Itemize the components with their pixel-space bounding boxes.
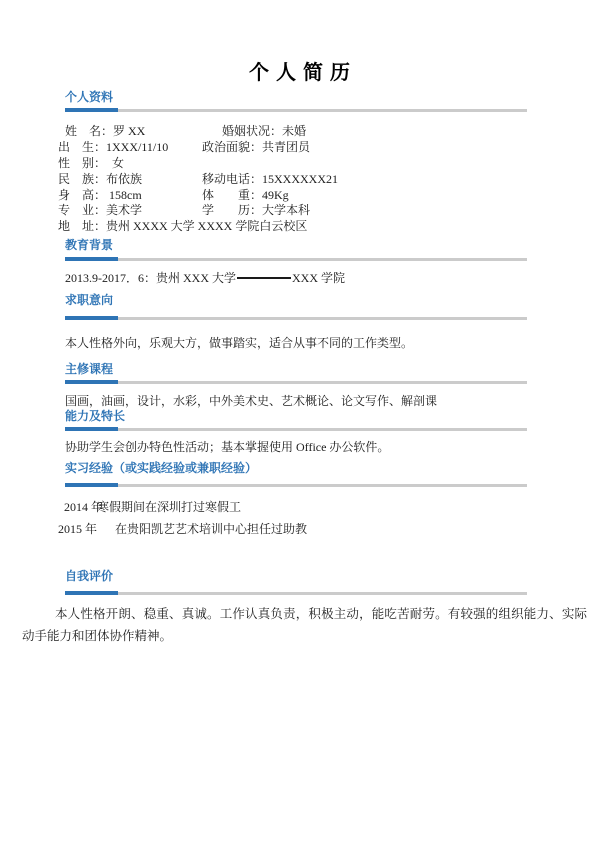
- section-heading-courses: 主修课程: [65, 360, 113, 377]
- section-heading-abilities: 能力及特长: [65, 407, 125, 424]
- divider-accent: [65, 483, 118, 487]
- section-heading-objective: 求职意向: [65, 291, 113, 308]
- self-evaluation-text: 本人性格开朗、稳重、真诚。工作认真负责，积极主动，能吃苦耐劳。有较强的组织能力、…: [22, 603, 587, 647]
- courses-text: 国画，油画，设计，水彩，中外美术史、艺术概论、论文写作、解剖课: [65, 394, 437, 408]
- divider-accent: [65, 591, 118, 595]
- internship-desc: 在贵阳凯艺艺术培训中心担任过助教: [115, 522, 307, 536]
- info-phone: 移动电话：15XXXXXX21: [202, 170, 338, 187]
- info-ethnicity: 民 族：布依族: [58, 170, 142, 187]
- divider-accent: [65, 316, 118, 320]
- resume-page: 个 人 简 历 个人资料 姓 名：罗 XX 婚姻状况：未婚 出 生：1XXX/1…: [0, 0, 600, 847]
- section-heading-personal: 个人资料: [65, 88, 113, 105]
- section-divider: [65, 381, 527, 384]
- section-divider: [65, 428, 527, 431]
- section-heading-internship: 实习经验（或实践经验或兼职经验）: [65, 459, 257, 476]
- info-gender: 性 别： 女: [58, 154, 124, 171]
- section-divider: [65, 109, 527, 112]
- info-address: 地 址：贵州 XXXX 大学 XXXX 学院白云校区: [58, 217, 307, 234]
- internship-year: 2015 年: [58, 522, 97, 536]
- dash-connector-line: [237, 277, 291, 279]
- info-birth: 出 生：1XXX/11/10: [58, 138, 168, 155]
- section-divider: [65, 258, 527, 261]
- info-political: 政治面貌：共青团员: [202, 138, 310, 155]
- divider-accent: [65, 108, 118, 112]
- section-heading-education: 教育背景: [65, 236, 113, 253]
- education-period-school: 2013.9-2017．6：贵州 XXX 大学: [65, 269, 236, 286]
- abilities-text: 协助学生会创办特色性活动；基本掌握使用 Office 办公软件。: [65, 440, 389, 454]
- education-line: 2013.9-2017．6：贵州 XXX 大学 XXX 学院: [65, 269, 345, 286]
- internship-row: 2015 年: [58, 522, 97, 536]
- section-divider: [65, 317, 527, 320]
- section-heading-self-evaluation: 自我评价: [65, 567, 113, 584]
- page-title: 个 人 简 历: [0, 56, 600, 85]
- info-degree: 学 历：大学本科: [202, 201, 310, 218]
- info-major: 专 业：美术学: [58, 201, 142, 218]
- section-divider: [65, 484, 527, 487]
- section-divider: [65, 592, 527, 595]
- divider-accent: [65, 257, 118, 261]
- divider-accent: [65, 380, 118, 384]
- objective-text: 本人性格外向，乐观大方，做事踏实，适合从事不同的工作类型。: [65, 336, 413, 350]
- info-name: 姓 名：罗 XX: [65, 122, 145, 139]
- divider-accent: [65, 427, 118, 431]
- internship-desc: 寒假期间在深圳打过寒假工: [97, 500, 241, 514]
- education-college: XXX 学院: [292, 269, 345, 286]
- info-marital: 婚姻状况：未婚: [222, 122, 306, 139]
